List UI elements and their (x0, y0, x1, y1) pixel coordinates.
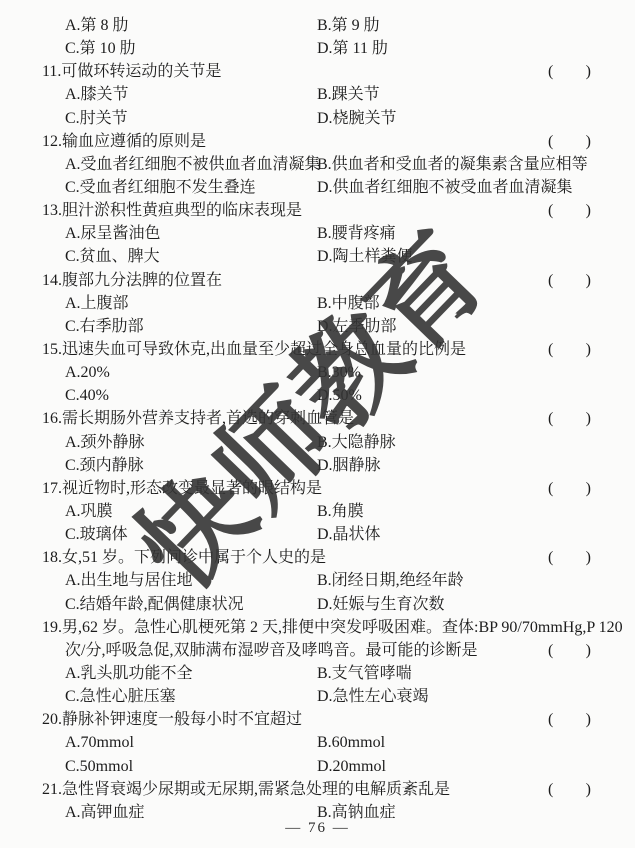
option-b: D.供血者红细胞不被受血者血清凝集 (317, 176, 573, 199)
options-row: C.结婚年龄,配偶健康状况D.妊娠与生育次数 (0, 593, 635, 616)
question-text: 15.迅速失血可导致休克,出血量至少超过全身总血量的比例是 (42, 338, 466, 361)
option-a: A.第 8 肋 (65, 14, 129, 37)
options-row: A.膝关节B.踝关节 (0, 83, 635, 106)
option-a: C.肘关节 (65, 107, 128, 130)
options-row: C.右季肋部D.左季肋部 (0, 315, 635, 338)
bracket-open: ( (548, 407, 553, 430)
question-text: 18.女,51 岁。下列问诊中属于个人史的是 (42, 546, 326, 569)
bracket-close: ) (586, 338, 591, 361)
options-row: A.尿呈酱油色B.腰背疼痛 (0, 222, 635, 245)
question-row: 19.男,62 岁。急性心肌梗死第 2 天,排便中突发呼吸困难。查体:BP 90… (0, 616, 635, 639)
options-row: C.肘关节D.桡腕关节 (0, 107, 635, 130)
options-row: C.40%D.50% (0, 384, 635, 407)
bracket-close: ) (586, 60, 591, 83)
bracket-close: ) (586, 130, 591, 153)
option-b: D.陶土样粪便 (317, 245, 413, 268)
option-a: A.受血者红细胞不被供血者血清凝集 (65, 153, 321, 176)
answer-brackets: () (548, 269, 591, 292)
question-row: 14.腹部九分法脾的位置在() (0, 269, 635, 292)
answer-brackets: () (548, 130, 591, 153)
bracket-open: ( (548, 708, 553, 731)
answer-brackets: () (548, 477, 591, 500)
bracket-open: ( (548, 477, 553, 500)
option-b: D.妊娠与生育次数 (317, 593, 445, 616)
option-a: C.第 10 肋 (65, 37, 136, 60)
bracket-close: ) (586, 546, 591, 569)
option-a: C.40% (65, 384, 109, 407)
option-b: B.角膜 (317, 500, 364, 523)
option-b: B.支气管哮喘 (317, 662, 412, 685)
answer-brackets: () (548, 546, 591, 569)
options-row: C.玻璃体D.晶状体 (0, 523, 635, 546)
option-a: A.20% (65, 361, 110, 384)
question-text: 13.胆汁淤积性黄疸典型的临床表现是 (42, 199, 302, 222)
question-row: 18.女,51 岁。下列问诊中属于个人史的是() (0, 546, 635, 569)
option-b: D.桡腕关节 (317, 107, 397, 130)
question-text: 17.视近物时,形态改变最显著的眼结构是 (42, 477, 322, 500)
options-row: A.70mmolB.60mmol (0, 731, 635, 754)
options-row: C.急性心脏压塞D.急性左心衰竭 (0, 685, 635, 708)
question-text: 21.急性肾衰竭少尿期或无尿期,需紧急处理的电解质紊乱是 (42, 778, 450, 801)
question-row: 20.静脉补钾速度一般每小时不宜超过() (0, 708, 635, 731)
options-row: C.50mmolD.20mmol (0, 755, 635, 778)
options-row: A.受血者红细胞不被供血者血清凝集B.供血者和受血者的凝集素含量应相等 (0, 153, 635, 176)
answer-brackets: () (548, 338, 591, 361)
bracket-open: ( (548, 60, 553, 83)
question-row: 13.胆汁淤积性黄疸典型的临床表现是() (0, 199, 635, 222)
option-b: D.晶状体 (317, 523, 381, 546)
question-row: 17.视近物时,形态改变最显著的眼结构是() (0, 477, 635, 500)
option-a: C.急性心脏压塞 (65, 685, 176, 708)
option-a: C.贫血、脾大 (65, 245, 160, 268)
options-row: A.上腹部B.中腹部 (0, 292, 635, 315)
option-a: C.结婚年龄,配偶健康状况 (65, 593, 244, 616)
question-row: 16.需长期肠外营养支持者,首选的穿刺血管是() (0, 407, 635, 430)
option-b: D.胭静脉 (317, 454, 381, 477)
bracket-close: ) (586, 477, 591, 500)
question-row: 21.急性肾衰竭少尿期或无尿期,需紧急处理的电解质紊乱是() (0, 778, 635, 801)
bracket-close: ) (586, 407, 591, 430)
answer-brackets: () (548, 708, 591, 731)
question-text: 16.需长期肠外营养支持者,首选的穿刺血管是 (42, 407, 354, 430)
options-row: C.贫血、脾大D.陶土样粪便 (0, 245, 635, 268)
options-row: C.第 10 肋D.第 11 肋 (0, 37, 635, 60)
options-row: C.颈内静脉D.胭静脉 (0, 454, 635, 477)
option-b: B.30% (317, 361, 361, 384)
options-row: C.受血者红细胞不发生叠连D.供血者红细胞不被受血者血清凝集 (0, 176, 635, 199)
answer-brackets: () (548, 199, 591, 222)
option-b: D.左季肋部 (317, 315, 397, 338)
question-row: 11.可做环转运动的关节是() (0, 60, 635, 83)
bracket-open: ( (548, 269, 553, 292)
bracket-close: ) (586, 708, 591, 731)
option-a: A.上腹部 (65, 292, 129, 315)
option-b: D.20mmol (317, 755, 386, 778)
question-text: 20.静脉补钾速度一般每小时不宜超过 (42, 708, 302, 731)
exam-page: A.第 8 肋B.第 9 肋C.第 10 肋D.第 11 肋11.可做环转运动的… (0, 0, 635, 848)
option-a: A.巩膜 (65, 500, 113, 523)
page-number: — 76 — (0, 820, 635, 837)
option-a: A.膝关节 (65, 83, 129, 106)
answer-brackets: () (548, 778, 591, 801)
option-b: B.闭经日期,绝经年龄 (317, 569, 464, 592)
option-b: B.60mmol (317, 731, 385, 754)
option-a: A.乳头肌功能不全 (65, 662, 193, 685)
options-row: A.出生地与居住地B.闭经日期,绝经年龄 (0, 569, 635, 592)
option-a: C.50mmol (65, 755, 133, 778)
options-row: A.第 8 肋B.第 9 肋 (0, 14, 635, 37)
bracket-open: ( (548, 639, 553, 662)
bracket-open: ( (548, 338, 553, 361)
option-b: B.中腹部 (317, 292, 380, 315)
bracket-open: ( (548, 546, 553, 569)
option-a: C.受血者红细胞不发生叠连 (65, 176, 256, 199)
bracket-open: ( (548, 130, 553, 153)
option-a: A.70mmol (65, 731, 134, 754)
question-text: 12.输血应遵循的原则是 (42, 130, 206, 153)
option-a: A.尿呈酱油色 (65, 222, 161, 245)
option-b: B.踝关节 (317, 83, 380, 106)
bracket-open: ( (548, 778, 553, 801)
bracket-close: ) (586, 639, 591, 662)
bracket-close: ) (586, 199, 591, 222)
options-row: A.20%B.30% (0, 361, 635, 384)
bracket-close: ) (586, 778, 591, 801)
answer-brackets: () (548, 407, 591, 430)
option-b: D.50% (317, 384, 362, 407)
question-text: 14.腹部九分法脾的位置在 (42, 269, 222, 292)
question-row: 15.迅速失血可导致休克,出血量至少超过全身总血量的比例是() (0, 338, 635, 361)
answer-brackets: () (548, 639, 591, 662)
question-text: 11.可做环转运动的关节是 (42, 60, 221, 83)
question-text: 次/分,呼吸急促,双肺满布湿哕音及哮鸣音。最可能的诊断是 (65, 639, 477, 662)
question-row: 12.输血应遵循的原则是() (0, 130, 635, 153)
option-a: A.颈外静脉 (65, 431, 145, 454)
question-row: 次/分,呼吸急促,双肺满布湿哕音及哮鸣音。最可能的诊断是() (0, 639, 635, 662)
option-a: A.出生地与居住地 (65, 569, 193, 592)
bracket-close: ) (586, 269, 591, 292)
option-b: B.腰背疼痛 (317, 222, 396, 245)
option-b: D.急性左心衰竭 (317, 685, 429, 708)
option-b: B.大隐静脉 (317, 431, 396, 454)
option-a: C.右季肋部 (65, 315, 144, 338)
answer-brackets: () (548, 60, 591, 83)
options-row: A.巩膜B.角膜 (0, 500, 635, 523)
question-text: 19.男,62 岁。急性心肌梗死第 2 天,排便中突发呼吸困难。查体:BP 90… (42, 616, 623, 639)
options-row: A.乳头肌功能不全B.支气管哮喘 (0, 662, 635, 685)
option-b: D.第 11 肋 (317, 37, 388, 60)
option-a: C.颈内静脉 (65, 454, 144, 477)
bracket-open: ( (548, 199, 553, 222)
option-b: B.供血者和受血者的凝集素含量应相等 (317, 153, 588, 176)
options-row: A.颈外静脉B.大隐静脉 (0, 431, 635, 454)
option-a: C.玻璃体 (65, 523, 128, 546)
question-list: A.第 8 肋B.第 9 肋C.第 10 肋D.第 11 肋11.可做环转运动的… (0, 14, 635, 824)
option-b: B.第 9 肋 (317, 14, 380, 37)
